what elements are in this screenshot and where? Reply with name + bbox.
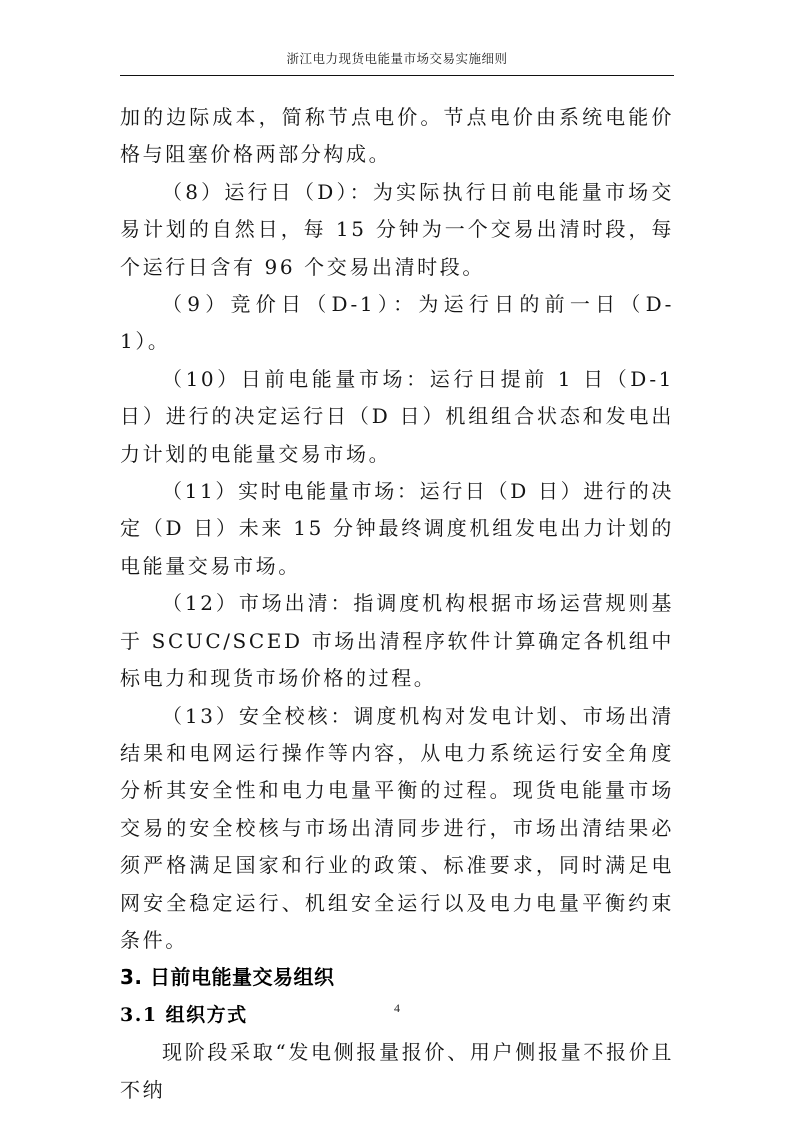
section-intro-paragraph: 现阶段采取“发电侧报量报价、用户侧报量不报价且不纳	[120, 1034, 674, 1109]
section-heading: 3. 日前电能量交易组织	[120, 959, 674, 996]
header-divider	[120, 75, 674, 76]
definition-item-11: （11）实时电能量市场：运行日（D 日）进行的决定（D 日）未来 15 分钟最终…	[120, 473, 674, 585]
paragraph-continuation: 加的边际成本，简称节点电价。节点电价由系统电能价格与阻塞价格两部分构成。	[120, 99, 674, 174]
definition-item-9: （9）竞价日（D-1）：为运行日的前一日（D-1）。	[120, 286, 674, 361]
page-number: 4	[0, 1001, 794, 1016]
definition-item-12: （12）市场出清：指调度机构根据市场运营规则基于 SCUC/SCED 市场出清程…	[120, 585, 674, 697]
definition-item-13: （13）安全校核：调度机构对发电计划、市场出清结果和电网运行操作等内容，从电力系…	[120, 698, 674, 960]
running-header: 浙江电力现货电能量市场交易实施细则	[120, 50, 674, 68]
definition-item-10: （10）日前电能量市场：运行日提前 1 日（D-1 日）进行的决定运行日（D 日…	[120, 361, 674, 473]
document-body: 加的边际成本，简称节点电价。节点电价由系统电能价格与阻塞价格两部分构成。 （8）…	[120, 99, 674, 1109]
definition-item-8: （8）运行日（D）：为实际执行日前电能量市场交易计划的自然日，每 15 分钟为一…	[120, 174, 674, 286]
